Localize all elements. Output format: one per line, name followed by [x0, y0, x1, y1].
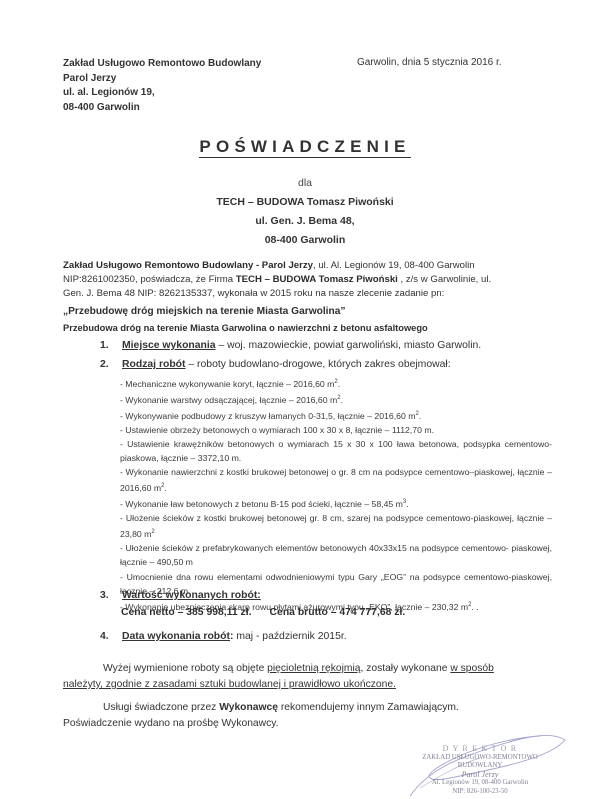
section-label: Miejsce wykonania — [122, 340, 216, 351]
intro-firm: TECH – BUDOWA Tomasz Piwoński — [236, 274, 398, 285]
work-item: - Wykonanie warstwy odsączającej, łączni… — [120, 391, 552, 407]
intro-line-1: Zakład Usługowo Remontowo Budowlany - Pa… — [63, 259, 491, 273]
intro-line-2: NIP:8261002350, poświadcza, że Firma TEC… — [63, 273, 491, 287]
recipient-block: dla TECH – BUDOWA Tomasz Piwoński ul. Ge… — [0, 174, 610, 250]
recommendation-line: Usługi świadczone przez Wykonawcę rekome… — [63, 700, 459, 716]
section-number: 1. — [100, 340, 122, 351]
work-item: - Ustawienie obrzeży betonowych o wymiar… — [120, 423, 552, 437]
prices: Cena netto – 385 998,11 zł.Cena brutto –… — [121, 607, 405, 618]
closing-text: , zostały wykonane — [360, 663, 450, 674]
section-text: – roboty budowlano-drogowe, których zakr… — [186, 359, 451, 370]
sender-company: Zakład Usługowo Remontowo Budowlany — [63, 57, 261, 72]
price-net: Cena netto – 385 998,11 zł. — [121, 607, 252, 618]
closing-contractor: Wykonawcę — [219, 702, 278, 713]
work-item: - Ustawienie krawężników betonowych o wy… — [120, 437, 552, 465]
company-stamp: D Y R E K T O R ZAKŁAD USŁUGOWO-REMONTOW… — [400, 745, 560, 797]
closing-text: Wyżej wymienione roboty są objęte — [103, 663, 267, 674]
unit-exponent: 2 — [468, 602, 471, 608]
document-title: POŚWIADCZENIE — [0, 137, 610, 157]
stamp-line: ZAKŁAD USŁUGOWO-REMONTOWO — [400, 754, 560, 763]
unit-exponent: 2 — [415, 411, 418, 417]
recipient-street: ul. Gen. J. Bema 48, — [0, 212, 610, 231]
work-item: - Ułożenie ścieków z prefabrykowanych el… — [120, 541, 552, 569]
work-item: - Mechaniczne wykonywanie koryt, łącznie… — [120, 375, 552, 391]
intro-seat: , z/s w Garwolinie, ul. — [398, 274, 491, 285]
closing-text: rekomendujemy innym Zamawiającym. — [278, 702, 459, 713]
closing-warranty: Wyżej wymienione roboty są objęte pięcio… — [63, 661, 509, 693]
sender-city: 08-400 Garwolin — [63, 101, 261, 116]
works-list: - Mechaniczne wykonywanie koryt, łącznie… — [120, 375, 552, 614]
intro-company: Zakład Usługowo Remontowo Budowlany - Pa… — [63, 260, 313, 271]
price-gross: Cena brutto – 474 777,68 zł. — [270, 607, 406, 618]
intro-address: , ul. Al. Legionów 19, 08-400 Garwolin — [313, 260, 475, 271]
recipient-city: 08-400 Garwolin — [0, 231, 610, 250]
work-item: - Ułożenie ścieków z kostki brukowej bet… — [120, 511, 552, 541]
task-title: „Przebudowę dróg miejskich na terenie Mi… — [63, 306, 346, 317]
section-label: Wartość wykonanych robót: — [122, 590, 261, 601]
section-work-type: 2.Rodzaj robót – roboty budowlano-drogow… — [100, 359, 451, 370]
section-number: 3. — [100, 590, 122, 601]
section-text: maj - październik 2015r. — [233, 631, 346, 642]
intro-paragraph: Zakład Usługowo Remontowo Budowlany - Pa… — [63, 259, 491, 302]
section-label: Rodzaj robót — [122, 359, 186, 370]
recipient-for-label: dla — [0, 174, 610, 193]
unit-exponent: 2 — [334, 379, 337, 385]
intro-nip: NIP:8261002350, poświadcza, że Firma — [63, 274, 236, 285]
unit-exponent: 2 — [337, 395, 340, 401]
section-label: Data wykonania robót — [122, 631, 230, 642]
section-number: 4. — [100, 631, 122, 642]
unit-exponent: 2 — [151, 529, 154, 535]
sender-street: ul. al. Legionów 19, — [63, 86, 261, 101]
sender-address: Zakład Usługowo Remontowo Budowlany Paro… — [63, 57, 261, 115]
stamp-owner: Parol Jerzy — [400, 771, 560, 780]
stamp-line: Al. Legionów 19, 08-400 Garwolin — [400, 779, 560, 788]
unit-exponent: 2 — [161, 483, 164, 489]
stamp-title: D Y R E K T O R — [400, 745, 560, 754]
closing-text: Usługi świadczone przez — [103, 702, 219, 713]
recipient-name: TECH – BUDOWA Tomasz Piwoński — [0, 193, 610, 212]
section-text: – woj. mazowieckie, powiat garwoliński, … — [216, 340, 482, 351]
sender-owner: Parol Jerzy — [63, 72, 261, 87]
section-value: 3.Wartość wykonanych robót: — [100, 590, 261, 601]
work-item: - Wykonywanie podbudowy z kruszyw łamany… — [120, 407, 552, 423]
work-item: - Wykonanie ław betonowych z betonu B-15… — [120, 495, 552, 511]
section-location: 1.Miejsce wykonania – woj. mazowieckie, … — [100, 340, 481, 351]
intro-line-3: Gen. J. Bema 48 NIP: 8262135337, wykonał… — [63, 287, 491, 301]
document-date: Garwolin, dnia 5 stycznia 2016 r. — [357, 57, 502, 68]
document-title-text: POŚWIADCZENIE — [199, 137, 410, 158]
section-number: 2. — [100, 359, 122, 370]
unit-exponent: 3 — [403, 499, 406, 505]
closing-warranty-term: pięcioletnią rękojmią — [267, 663, 360, 674]
work-item: - Wykonanie nawierzchni z kostki brukowe… — [120, 465, 552, 495]
task-subtitle: Przebudowa dróg na terenie Miasta Garwol… — [63, 323, 428, 333]
stamp-line: NIP: 826-100-23-50 — [400, 788, 560, 797]
section-dates: 4.Data wykonania robót: maj - październi… — [100, 631, 347, 642]
